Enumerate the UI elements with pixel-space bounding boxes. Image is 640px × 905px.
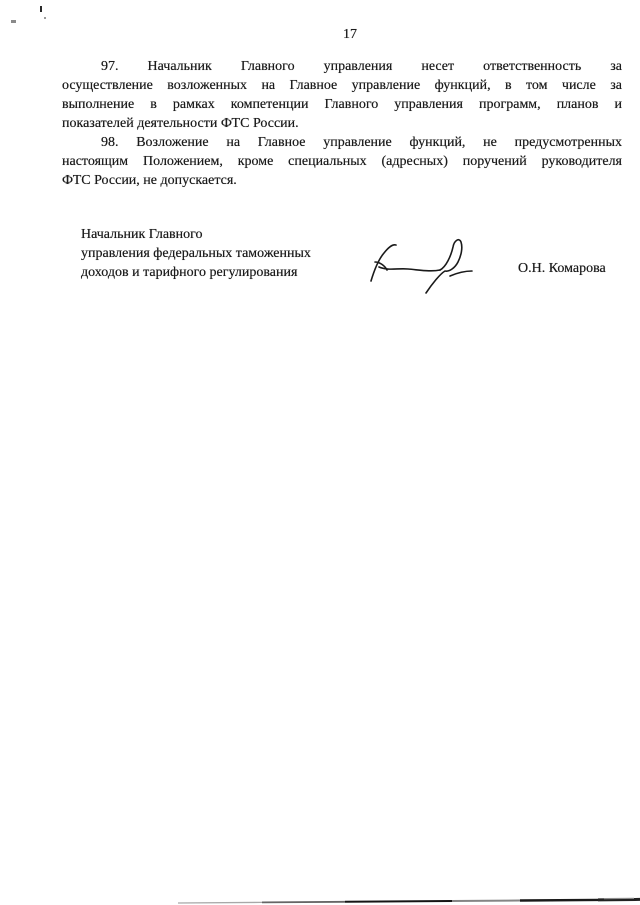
paragraph-line: ФТС России, не допускается. [62,171,622,190]
paragraph-line: настоящим Положением, кроме специальных … [62,152,622,171]
paragraph-98: 98. Возложение на Главное управление фун… [62,133,622,190]
signature-title-line: управления федеральных таможенных [81,244,381,263]
paragraph-97: 97. Начальник Главного управления несет … [62,57,622,133]
scan-speckle [44,17,46,19]
page-number: 17 [300,25,400,44]
signature-title-line: доходов и тарифного регулирования [81,263,381,282]
paragraph-line: 98. Возложение на Главное управление фун… [62,133,622,152]
document-page: 17 97. Начальник Главного управления нес… [0,0,640,905]
signature-title-block: Начальник Главного управления федеральны… [81,225,381,282]
scan-speckle [40,6,42,12]
handwritten-signature-icon [355,228,485,303]
paragraph-line: выполнение в рамках компетенции Главного… [62,95,622,114]
signature-title-line: Начальник Главного [81,225,381,244]
document-body: 97. Начальник Главного управления несет … [62,57,622,190]
page-edge-line [0,894,640,905]
scan-speckle [11,20,16,23]
paragraph-line: 97. Начальник Главного управления несет … [62,57,622,76]
signatory-name: О.Н. Комарова [518,259,628,278]
paragraph-line: показателей деятельности ФТС России. [62,114,622,133]
paragraph-line: осуществление возложенных на Главное упр… [62,76,622,95]
